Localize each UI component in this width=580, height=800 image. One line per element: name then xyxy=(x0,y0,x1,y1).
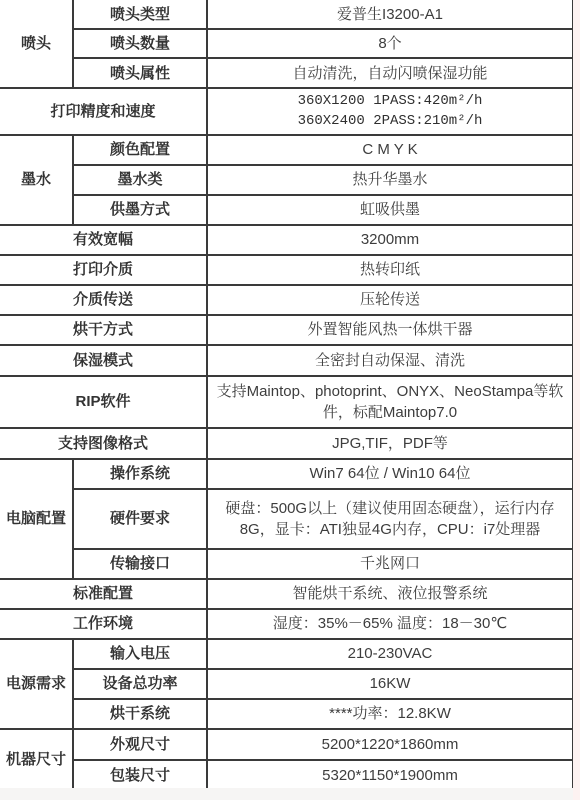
spec-value-printhead-properties: 自动清洗，自动闪喷保湿功能 xyxy=(207,58,573,88)
spec-label-working-environment: 工作环境 xyxy=(0,609,207,639)
spec-value-effective-width: 3200mm xyxy=(207,225,573,255)
spec-label-hardware-requirements: 硬件要求 xyxy=(73,489,207,549)
spec-label-total-power: 设备总功率 xyxy=(73,669,207,699)
spec-value-moisturizing-mode: 全密封自动保湿、清洗 xyxy=(207,345,573,376)
table-row: 喷头数量 8个 xyxy=(0,29,573,58)
spec-label-color-configuration: 颜色配置 xyxy=(73,135,207,165)
table-row: 包装尺寸 5320*1150*1900mm xyxy=(0,760,573,791)
table-row: 烘干系统 ****功率：12.8KW xyxy=(0,699,573,729)
spec-value-operating-system: Win7 64位 / Win10 64位 xyxy=(207,459,573,489)
spec-label-printhead-count: 喷头数量 xyxy=(73,29,207,58)
spec-value-drying-system: ****功率：12.8KW xyxy=(207,699,573,729)
spec-label-print-media: 打印介质 xyxy=(0,255,207,285)
spec-value-working-environment: 湿度：35%－65% 温度：18－30℃ xyxy=(207,609,573,639)
spec-label-machine-dimensions: 外观尺寸 xyxy=(73,729,207,760)
spec-value-input-voltage: 210-230VAC xyxy=(207,639,573,669)
table-row: 墨水类 热升华墨水 xyxy=(0,165,573,195)
spec-value-print-media: 热转印纸 xyxy=(207,255,573,285)
page-right-edge xyxy=(573,0,580,800)
table-row: 介质传送 压轮传送 xyxy=(0,285,573,315)
group-label-printhead: 喷头 xyxy=(0,0,73,88)
table-row: 工作环境 湿度：35%－65% 温度：18－30℃ xyxy=(0,609,573,639)
spec-label-transfer-interface: 传输接口 xyxy=(73,549,207,579)
spec-value-total-power: 16KW xyxy=(207,669,573,699)
spec-label-drying-system: 烘干系统 xyxy=(73,699,207,729)
table-row: 墨水 颜色配置 C M Y K xyxy=(0,135,573,165)
spec-value-image-formats: JPG,TIF，PDF等 xyxy=(207,428,573,459)
spec-label-printhead-type: 喷头类型 xyxy=(73,0,207,29)
table-row: 传输接口 千兆网口 xyxy=(0,549,573,579)
spec-label-standard-configuration: 标准配置 xyxy=(0,579,207,609)
spec-label-media-feed: 介质传送 xyxy=(0,285,207,315)
page-bottom-edge xyxy=(0,788,573,800)
spec-value-packing-dimensions: 5320*1150*1900mm xyxy=(207,760,573,791)
table-row: RIP软件 支持Maintop、photoprint、ONYX、NeoStamp… xyxy=(0,376,573,428)
group-label-machine-size: 机器尺寸 xyxy=(0,729,73,791)
speed-line-2: 360X2400 2PASS:210m²/h xyxy=(214,111,566,131)
spec-value-transfer-interface: 千兆网口 xyxy=(207,549,573,579)
spec-label-print-precision-speed: 打印精度和速度 xyxy=(0,88,207,135)
table-row: 供墨方式 虹吸供墨 xyxy=(0,195,573,225)
spec-value-standard-configuration: 智能烘干系统、液位报警系统 xyxy=(207,579,573,609)
table-row: 烘干方式 外置智能风热一体烘干器 xyxy=(0,315,573,345)
spec-label-drying-method: 烘干方式 xyxy=(0,315,207,345)
spec-value-media-feed: 压轮传送 xyxy=(207,285,573,315)
table-row: 喷头 喷头类型 爱普生I3200-A1 xyxy=(0,0,573,29)
table-row: 设备总功率 16KW xyxy=(0,669,573,699)
table-row: 喷头属性 自动清洗，自动闪喷保湿功能 xyxy=(0,58,573,88)
spec-sheet-page: 喷头 喷头类型 爱普生I3200-A1 喷头数量 8个 喷头属性 自动清洗，自动… xyxy=(0,0,580,800)
group-label-power-requirement: 电源需求 xyxy=(0,639,73,729)
table-row: 支持图像格式 JPG,TIF，PDF等 xyxy=(0,428,573,459)
spec-label-moisturizing-mode: 保湿模式 xyxy=(0,345,207,376)
table-row: 电源需求 输入电压 210-230VAC xyxy=(0,639,573,669)
spec-value-color-configuration: C M Y K xyxy=(207,135,573,165)
spec-value-rip-software: 支持Maintop、photoprint、ONYX、NeoStampa等软件，标… xyxy=(207,376,573,428)
table-row: 打印精度和速度 360X1200 1PASS:420m²/h 360X2400 … xyxy=(0,88,573,135)
spec-value-machine-dimensions: 5200*1220*1860mm xyxy=(207,729,573,760)
spec-label-ink-type: 墨水类 xyxy=(73,165,207,195)
spec-label-printhead-properties: 喷头属性 xyxy=(73,58,207,88)
table-row: 保湿模式 全密封自动保湿、清洗 xyxy=(0,345,573,376)
spec-value-print-precision-speed: 360X1200 1PASS:420m²/h 360X2400 2PASS:21… xyxy=(207,88,573,135)
table-row: 标准配置 智能烘干系统、液位报警系统 xyxy=(0,579,573,609)
spec-value-printhead-count: 8个 xyxy=(207,29,573,58)
speed-line-1: 360X1200 1PASS:420m²/h xyxy=(214,91,566,111)
table-row: 电脑配置 操作系统 Win7 64位 / Win10 64位 xyxy=(0,459,573,489)
spec-value-drying-method: 外置智能风热一体烘干器 xyxy=(207,315,573,345)
table-row: 机器尺寸 外观尺寸 5200*1220*1860mm xyxy=(0,729,573,760)
spec-label-rip-software: RIP软件 xyxy=(0,376,207,428)
spec-value-ink-supply: 虹吸供墨 xyxy=(207,195,573,225)
spec-label-input-voltage: 输入电压 xyxy=(73,639,207,669)
spec-label-effective-width: 有效宽幅 xyxy=(0,225,207,255)
spec-table: 喷头 喷头类型 爱普生I3200-A1 喷头数量 8个 喷头属性 自动清洗，自动… xyxy=(0,0,574,792)
table-row: 打印介质 热转印纸 xyxy=(0,255,573,285)
table-row: 有效宽幅 3200mm xyxy=(0,225,573,255)
table-row: 硬件要求 硬盘：500G以上（建议使用固态硬盘），运行内存8G，显卡：ATI独显… xyxy=(0,489,573,549)
spec-label-ink-supply: 供墨方式 xyxy=(73,195,207,225)
group-label-ink: 墨水 xyxy=(0,135,73,225)
group-label-computer-config: 电脑配置 xyxy=(0,459,73,579)
spec-label-operating-system: 操作系统 xyxy=(73,459,207,489)
spec-value-ink-type: 热升华墨水 xyxy=(207,165,573,195)
spec-value-hardware-requirements: 硬盘：500G以上（建议使用固态硬盘），运行内存8G，显卡：ATI独显4G内存，… xyxy=(207,489,573,549)
spec-value-printhead-type: 爱普生I3200-A1 xyxy=(207,0,573,29)
spec-label-image-formats: 支持图像格式 xyxy=(0,428,207,459)
spec-label-packing-dimensions: 包装尺寸 xyxy=(73,760,207,791)
